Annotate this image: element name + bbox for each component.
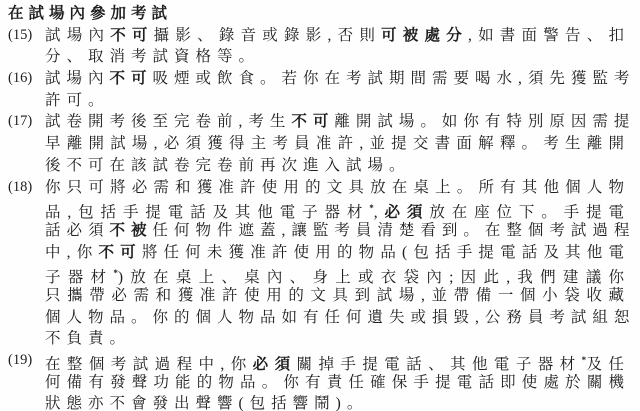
rule-line: 只攜帶必需和獲准許使用的文具到試場,並帶備一個小袋收藏 bbox=[45, 285, 630, 307]
rule-line: 個人物品。你的個人物品如有任何遺失或損毀,公務員考試組恕 bbox=[45, 307, 630, 329]
emphasis-text: 必須 bbox=[253, 356, 297, 372]
emphasis-text: 不可 bbox=[110, 70, 153, 87]
rule-item: (16)試場內不可吸煙或飲食。若你在考試期間需要喝水,須先獲監考員許可。 bbox=[8, 68, 630, 111]
rule-body: 在整個考試過程中,你必須關掉手提電話、其他電子器材*及任何備有發聲功能的物品。你… bbox=[45, 350, 630, 411]
rule-item: (17)試卷開考後至完卷前,考生不可離開試場。如你有特別原因需提早離開試場,必須… bbox=[8, 111, 630, 176]
rule-item: (18)你只可將必需和獲准許使用的文具放在桌上。所有其他個人物品,包括手提電話及… bbox=[8, 177, 630, 351]
body-text: )放在桌上、桌內、身上或衣袋內;因此,我們建議你 bbox=[118, 269, 630, 285]
rule-line: 狀態亦不會發出聲響(包括響鬧)。 bbox=[45, 393, 630, 411]
rule-line: 不負責。 bbox=[45, 328, 630, 350]
rule-line: 品,包括手提電話及其他電子器材*,必須放在座位下。手提電 bbox=[45, 198, 630, 220]
body-text: 品,包括手提電話及其他電子器材 bbox=[45, 204, 369, 220]
body-text: 後不可在該試卷完卷前再次進入試場。 bbox=[45, 157, 411, 174]
rule-line: 中,你不可將任何未獲准許使用的物品(包括手提電話及其他電 bbox=[45, 242, 630, 264]
body-text: 中,你 bbox=[45, 244, 98, 261]
rule-line: 試卷開考後至完卷前,考生不可離開試場。如你有特別原因需提 bbox=[45, 111, 630, 133]
rule-item: (15)試場內不可攝影、錄音或錄影,否則可被處分,如書面警告、扣分、取消考試資格… bbox=[8, 25, 630, 68]
body-text: 吸煙或飲食。若你在考試期間需要喝水,須先獲監考員 bbox=[153, 70, 630, 87]
rule-line: 分、取消考試資格等。 bbox=[45, 46, 630, 68]
body-text: 你只可將必需和獲准許使用的文具放在桌上。所有其他個人物 bbox=[45, 179, 630, 196]
body-text: 任何物件遮蓋,讓監考員清楚看到。在整個考試過程 bbox=[153, 222, 630, 239]
section-heading: 在試場內參加考試 bbox=[8, 3, 630, 25]
rule-number: (18) bbox=[8, 177, 45, 199]
body-text: 個人物品。你的個人物品如有任何遺失或損毀,公務員考試組恕 bbox=[45, 309, 630, 326]
emphasis-text: 不可 bbox=[291, 113, 334, 130]
rule-line: 在整個考試過程中,你必須關掉手提電話、其他電子器材*及任 bbox=[45, 350, 630, 372]
body-text: 及任 bbox=[586, 356, 630, 372]
body-text: 分、取消考試資格等。 bbox=[45, 48, 260, 65]
emphasis-text: 必須 bbox=[384, 204, 430, 220]
emphasis-text: 不可 bbox=[110, 27, 153, 44]
body-text: 將任何未獲准許使用的物品(包括手提電話及其他電 bbox=[142, 244, 630, 261]
body-text: 子器材 bbox=[45, 269, 113, 285]
rule-body: 試場內不可攝影、錄音或錄影,否則可被處分,如書面警告、扣分、取消考試資格等。 bbox=[45, 25, 630, 68]
body-text: 不負責。 bbox=[45, 330, 131, 347]
rule-line: 子器材*)放在桌上、桌內、身上或衣袋內;因此,我們建議你 bbox=[45, 263, 630, 285]
rule-line: 你只可將必需和獲准許使用的文具放在桌上。所有其他個人物 bbox=[45, 177, 630, 199]
rule-number: (16) bbox=[8, 68, 45, 90]
rules-list: (15)試場內不可攝影、錄音或錄影,否則可被處分,如書面警告、扣分、取消考試資格… bbox=[8, 25, 630, 411]
body-text: , bbox=[374, 204, 384, 220]
rule-number: (17) bbox=[8, 111, 45, 133]
rule-body: 試卷開考後至完卷前,考生不可離開試場。如你有特別原因需提早離開試場,必須獲得主考… bbox=[45, 111, 630, 176]
body-text: 早離開試場,必須獲得主考員准許,並提交書面解釋。考生離開 bbox=[45, 135, 630, 152]
body-text: 試場內 bbox=[45, 27, 110, 44]
rule-body: 試場內不可吸煙或飲食。若你在考試期間需要喝水,須先獲監考員許可。 bbox=[45, 68, 630, 111]
emphasis-text: 不被 bbox=[110, 222, 153, 239]
rule-line: 試場內不可攝影、錄音或錄影,否則可被處分,如書面警告、扣 bbox=[45, 25, 630, 47]
rule-body: 你只可將必需和獲准許使用的文具放在桌上。所有其他個人物品,包括手提電話及其他電子… bbox=[45, 177, 630, 351]
emphasis-text: 可被處分 bbox=[381, 27, 468, 44]
rule-number: (15) bbox=[8, 25, 45, 47]
rule-item: (19)在整個考試過程中,你必須關掉手提電話、其他電子器材*及任何備有發聲功能的… bbox=[8, 350, 630, 411]
rule-number: (19) bbox=[8, 350, 45, 372]
body-text: 話必須 bbox=[45, 222, 110, 239]
document-page: 在試場內參加考試 (15)試場內不可攝影、錄音或錄影,否則可被處分,如書面警告、… bbox=[0, 0, 640, 411]
body-text: ,如書面警告、扣 bbox=[468, 27, 630, 44]
body-text: 試場內 bbox=[45, 70, 110, 87]
body-text: 攝影、錄音或錄影,否則 bbox=[154, 27, 381, 44]
rule-line: 試場內不可吸煙或飲食。若你在考試期間需要喝水,須先獲監考員 bbox=[45, 68, 630, 90]
rule-line: 早離開試場,必須獲得主考員准許,並提交書面解釋。考生離開 bbox=[45, 133, 630, 155]
body-text: 何備有發聲功能的物品。你有責任確保手提電話即使處於關機 bbox=[45, 374, 630, 391]
body-text: 狀態亦不會發出聲響(包括響鬧)。 bbox=[45, 395, 368, 411]
body-text: 只攜帶必需和獲准許使用的文具到試場,並帶備一個小袋收藏 bbox=[45, 287, 630, 304]
rule-line: 許可。 bbox=[45, 90, 630, 112]
body-text: 試卷開考後至完卷前,考生 bbox=[45, 113, 291, 130]
rule-line: 後不可在該試卷完卷前再次進入試場。 bbox=[45, 155, 630, 177]
body-text: 關掉手提電話、其他電子器材 bbox=[297, 356, 582, 372]
body-text: 離開試場。如你有特別原因需提 bbox=[334, 113, 630, 130]
rule-line: 話必須不被任何物件遮蓋,讓監考員清楚看到。在整個考試過程 bbox=[45, 220, 630, 242]
body-text: 許可。 bbox=[45, 92, 110, 109]
rule-line: 何備有發聲功能的物品。你有責任確保手提電話即使處於關機 bbox=[45, 372, 630, 394]
emphasis-text: 不可 bbox=[98, 244, 141, 261]
body-text: 放在座位下。手提電 bbox=[429, 204, 630, 220]
body-text: 在整個考試過程中,你 bbox=[45, 356, 253, 372]
